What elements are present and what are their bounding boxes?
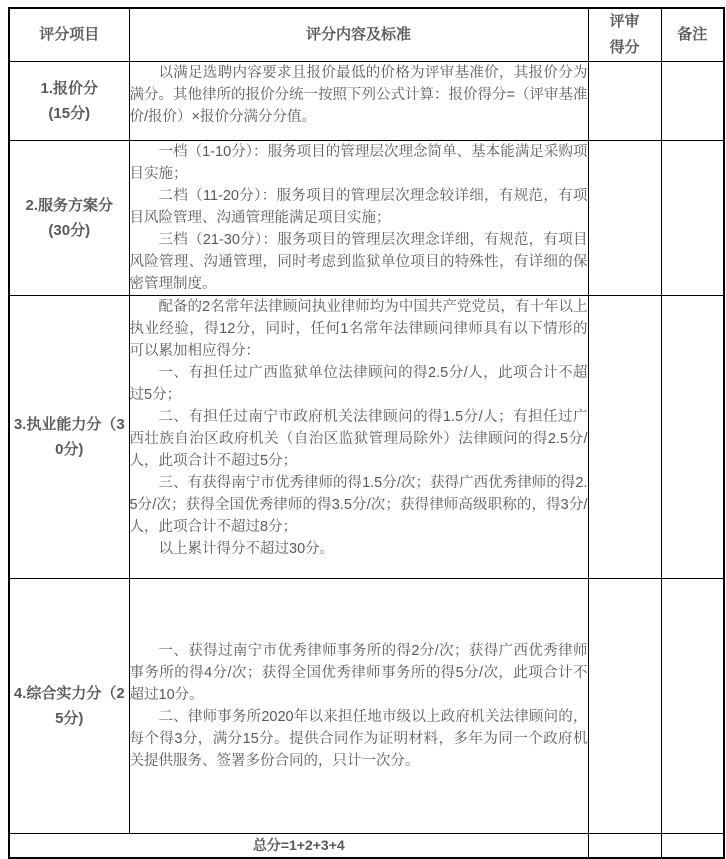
table-row: 2.服务方案分 (30分) 一档（1-10分）：服务项目的管理层次理念简单、基本… bbox=[9, 141, 724, 296]
row4-item-label: 4.综合实力分（2 5分) bbox=[9, 579, 129, 834]
row4-paragraph: 二、律师事务所2020年以来担任地市级以上政府机关法律顾问的，每个得3分，满分1… bbox=[130, 706, 588, 772]
header-review-score: 评审 得分 bbox=[588, 8, 661, 62]
row1-item-label: 1.报价分 (15分) bbox=[9, 62, 129, 141]
table-header-row: 评分项目 评分内容及标准 评审 得分 备注 bbox=[9, 8, 724, 62]
table-row: 1.报价分 (15分) 以满足选聘内容要求且报价最低的价格为评审基准价，其报价分… bbox=[9, 62, 724, 141]
total-remark-cell bbox=[661, 834, 724, 858]
row3-content-cell: 配备的2名常年法律顾问执业律师均为中国共产党党员，有十年以上执业经验，得12分，… bbox=[129, 296, 588, 579]
header-scoring-content: 评分内容及标准 bbox=[129, 8, 588, 62]
scoring-table: 评分项目 评分内容及标准 评审 得分 备注 1.报价分 (15分) 以满足选聘内… bbox=[8, 7, 725, 859]
table-row: 4.综合实力分（2 5分) 一、获得过南宁市优秀律师事务所的得2分/次；获得广西… bbox=[9, 579, 724, 834]
row3-remark-cell bbox=[661, 296, 724, 579]
row3-paragraph: 三、有获得南宁市优秀律师的得1.5分/次；获得广西优秀律师的得2.5分/次；获得… bbox=[130, 472, 588, 538]
total-row: 总分=1+2+3+4 bbox=[9, 834, 724, 858]
row2-paragraph: 二档（11-20分）：服务项目的管理层次理念较详细，有规范，有项目风险管理、沟通… bbox=[130, 185, 588, 229]
row2-content-cell: 一档（1-10分）：服务项目的管理层次理念简单、基本能满足采购项目实施； 二档（… bbox=[129, 141, 588, 296]
row1-paragraph: 以满足选聘内容要求且报价最低的价格为评审基准价，其报价分为满分。其他律所的报价分… bbox=[130, 62, 588, 128]
row3-paragraph: 配备的2名常年法律顾问执业律师均为中国共产党党员，有十年以上执业经验，得12分，… bbox=[130, 296, 588, 362]
row2-paragraph: 一档（1-10分）：服务项目的管理层次理念简单、基本能满足采购项目实施； bbox=[130, 141, 588, 185]
row3-score-cell bbox=[588, 296, 661, 579]
table-row: 3.执业能力分（3 0分) 配备的2名常年法律顾问执业律师均为中国共产党党员，有… bbox=[9, 296, 724, 579]
total-score-cell bbox=[588, 834, 661, 858]
row2-item-label: 2.服务方案分 (30分) bbox=[9, 141, 129, 296]
row2-paragraph: 三档（21-30分）：服务项目的管理层次理念详细，有规范，有项目风险管理、沟通管… bbox=[130, 229, 588, 295]
row4-remark-cell bbox=[661, 579, 724, 834]
row4-paragraph: 一、获得过南宁市优秀律师事务所的得2分/次；获得广西优秀律师事务所的得4分/次；… bbox=[130, 640, 588, 706]
row1-remark-cell bbox=[661, 62, 724, 141]
header-scoring-item: 评分项目 bbox=[9, 8, 129, 62]
document-page: 评分项目 评分内容及标准 评审 得分 备注 1.报价分 (15分) 以满足选聘内… bbox=[0, 0, 726, 859]
row2-remark-cell bbox=[661, 141, 724, 296]
row3-paragraph: 二、有担任过南宁市政府机关法律顾问的得1.5分/人；有担任过广西壮族自治区政府机… bbox=[130, 406, 588, 472]
row1-score-cell bbox=[588, 62, 661, 141]
row3-paragraph: 一、有担任过广西监狱单位法律顾问的得2.5分/人，此项合计不超过5分； bbox=[130, 362, 588, 406]
row4-content-cell: 一、获得过南宁市优秀律师事务所的得2分/次；获得广西优秀律师事务所的得4分/次；… bbox=[129, 579, 588, 834]
row1-content-cell: 以满足选聘内容要求且报价最低的价格为评审基准价，其报价分为满分。其他律所的报价分… bbox=[129, 62, 588, 141]
header-remark: 备注 bbox=[661, 8, 724, 62]
row3-item-label: 3.执业能力分（3 0分) bbox=[9, 296, 129, 579]
row2-score-cell bbox=[588, 141, 661, 296]
row4-score-cell bbox=[588, 579, 661, 834]
total-formula-label: 总分=1+2+3+4 bbox=[9, 834, 588, 858]
row3-paragraph: 以上累计得分不超过30分。 bbox=[130, 538, 588, 560]
